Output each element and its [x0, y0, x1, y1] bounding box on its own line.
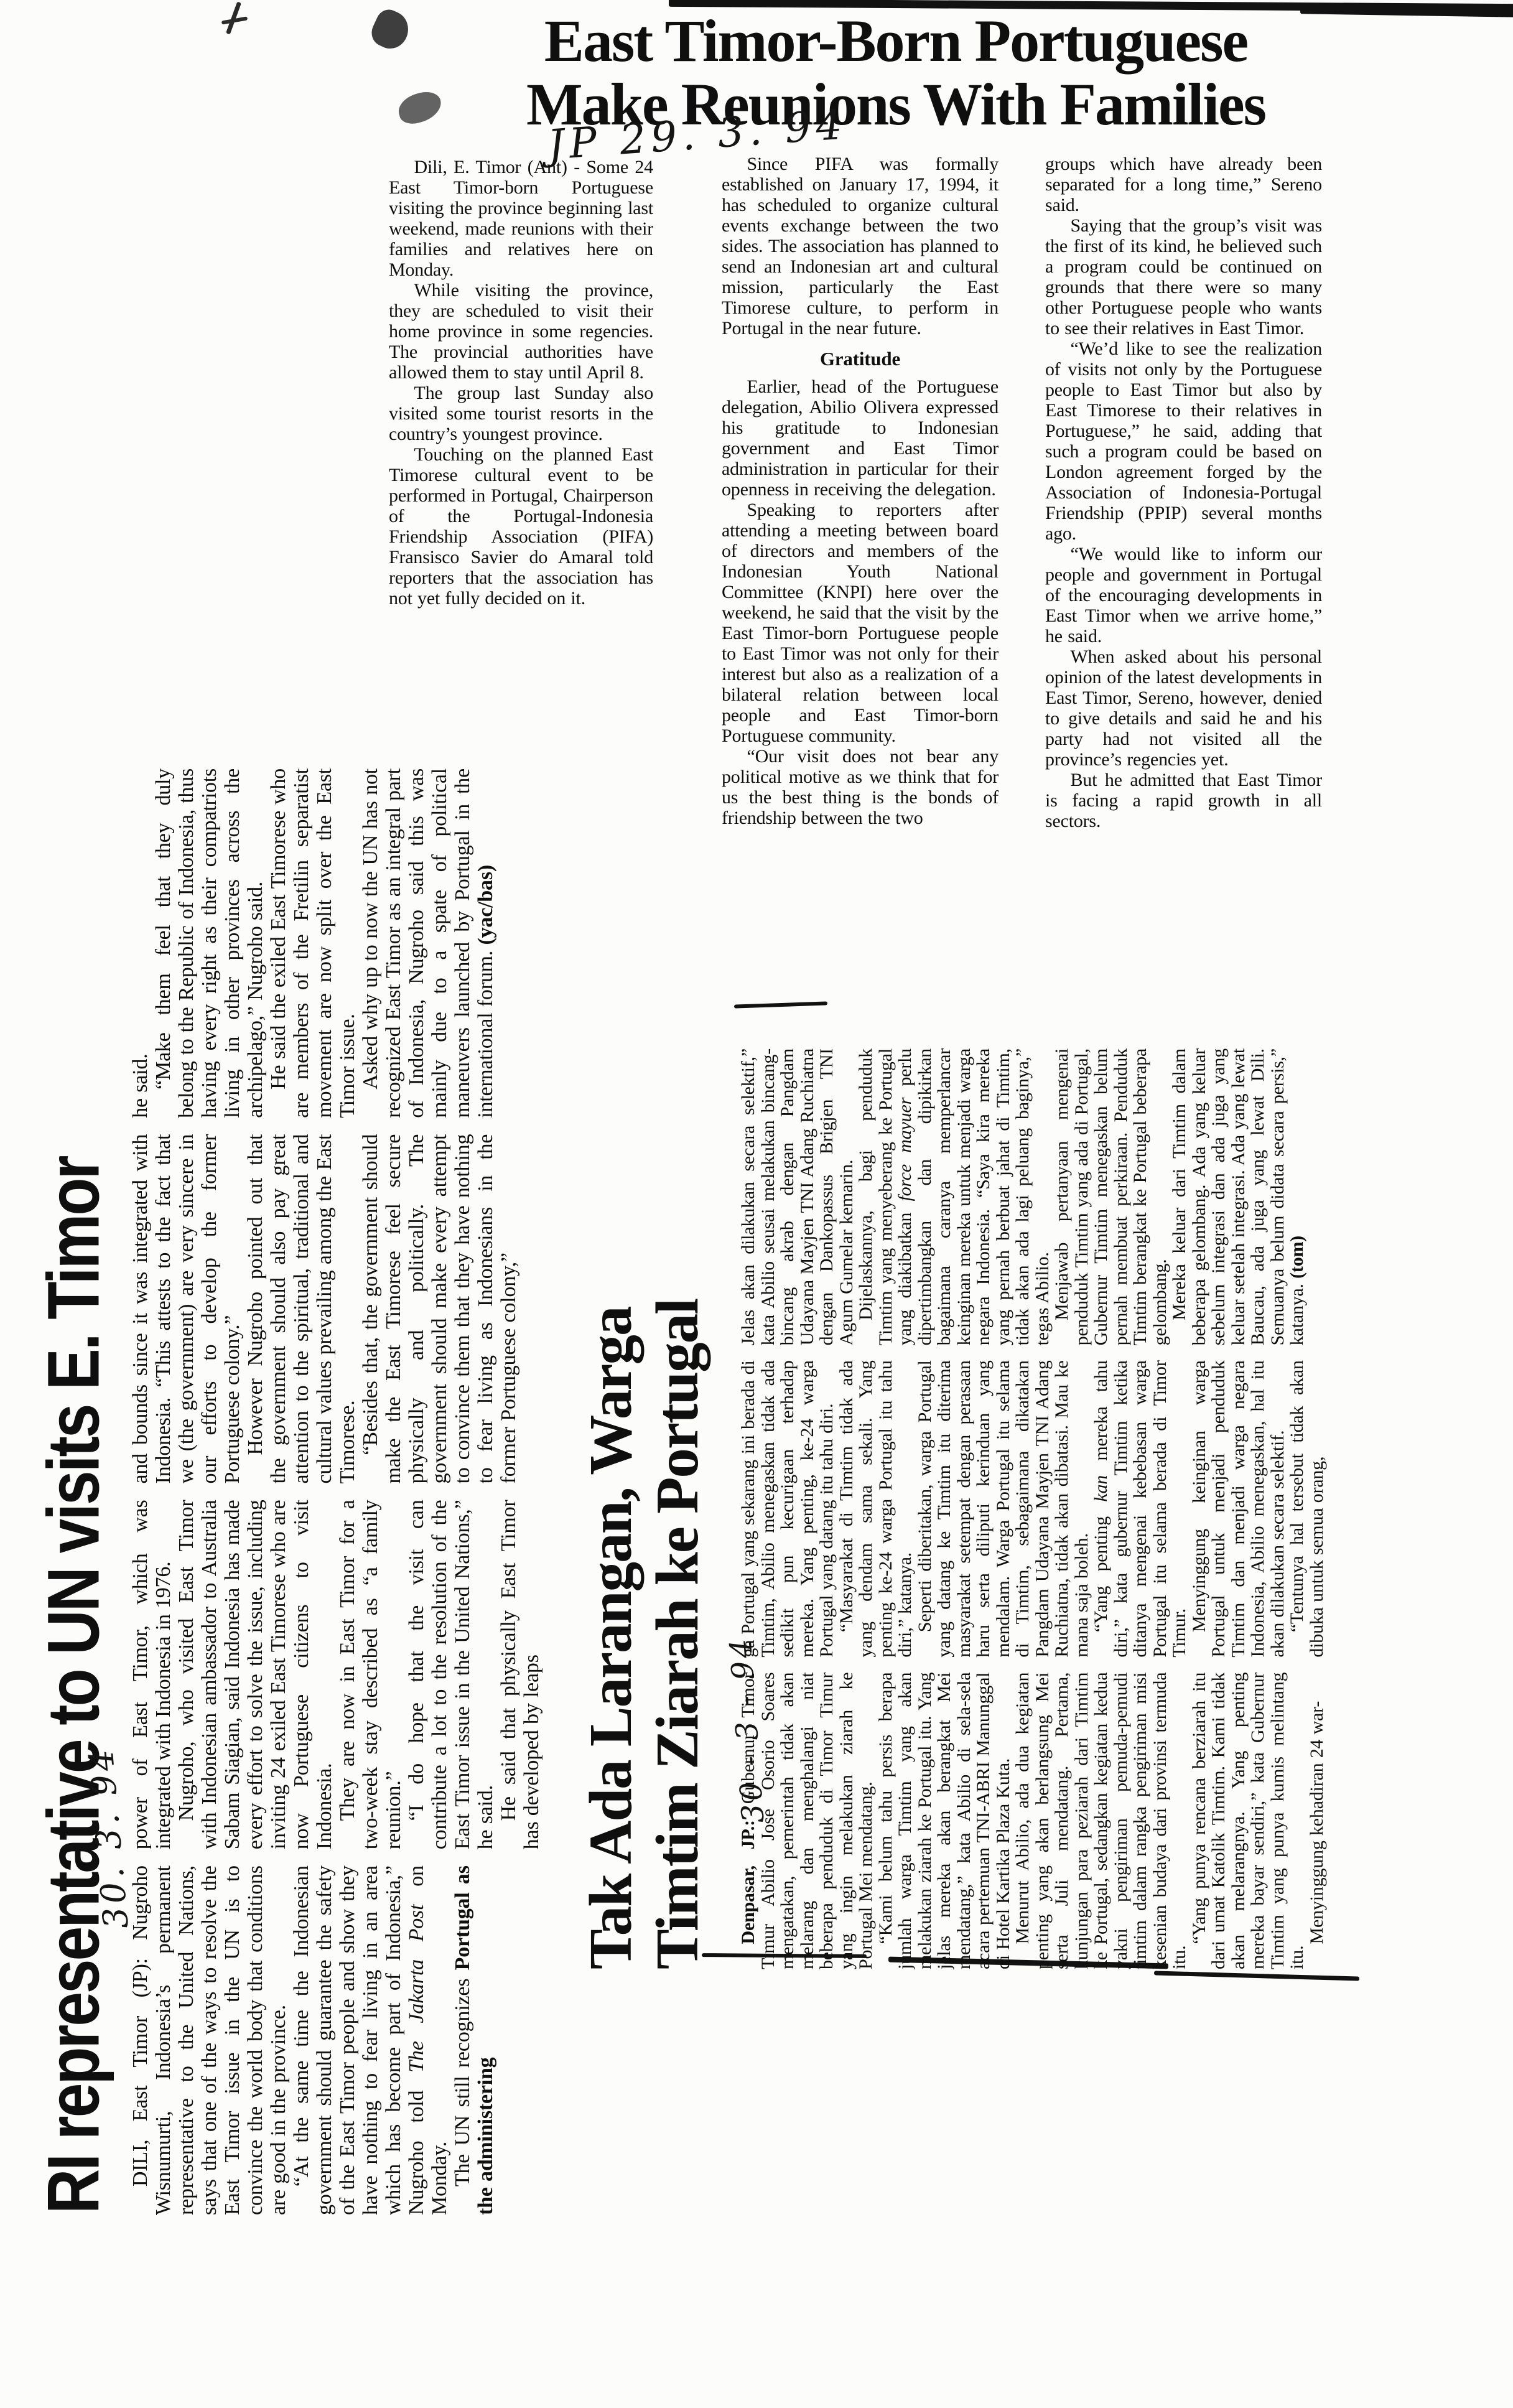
- paragraph: Menjawab pertanyaan mengenai penduduk Ti…: [1052, 1048, 1170, 1345]
- paragraph: “Yang punya rencana berziarah itu dari u…: [1189, 1673, 1307, 1969]
- paragraph: Seperti diberitakan, warga Portugal yang…: [915, 1360, 1092, 1657]
- paragraph: “Kami belum tahu persis berapa jumlah wa…: [876, 1673, 1013, 1969]
- paragraph: DILI, East Timor (JP): Nugroho Wisnumurt…: [129, 1865, 290, 2215]
- ziarah-headline-line1: Tak Ada Larangan, Warga: [578, 1042, 645, 1969]
- paragraph: Dili, E. Timor (Ant) - Some 24 East Timo…: [389, 157, 653, 280]
- paragraph: Dijelaskannya, bagi penduduk Timtim yang…: [856, 1048, 1052, 1345]
- newspaper-clippings-scan: East Timor-Born Portuguese Make Reunions…: [0, 0, 1513, 2408]
- reunions-headline-line2: Make Reunions With Families: [345, 75, 1446, 134]
- paragraph: “Yang penting kan mereka tahu diri,” kat…: [1091, 1360, 1189, 1657]
- paragraph: Denpasar, JP.: Gubernur Timor Timur Abil…: [738, 1673, 876, 1969]
- paragraph: ga Portugal yang sekarang ini berada di …: [738, 1360, 837, 1657]
- article-un-visit: RI representative to UN visits E. Timor …: [16, 762, 560, 2221]
- ziarah-headline-line2: Timtim Ziarah ke Portugal: [645, 1042, 711, 1969]
- paragraph: The group last Sunday also visited some …: [389, 383, 653, 444]
- reunions-column-3: groups which have already been separated…: [1045, 154, 1322, 1006]
- paragraph: “Masyarakat di Timtim tidak ada yang den…: [837, 1360, 915, 1657]
- paragraph: “We would like to inform our people and …: [1045, 544, 1322, 646]
- paragraph: Jelas akan dilakukan secara selektif,” k…: [738, 1048, 856, 1345]
- ziarah-column-2: ga Portugal yang sekarang ini berada di …: [738, 1360, 1398, 1657]
- paragraph: When asked about his personal opinion of…: [1045, 646, 1322, 770]
- paragraph: The UN still recognizes Portugal as the …: [451, 1865, 497, 2215]
- paragraph: Menyinggung kehadiran 24 war-: [1307, 1673, 1327, 1969]
- un-column-1: DILI, East Timor (JP): Nugroho Wisnumurt…: [129, 1865, 557, 2215]
- paragraph: “At the same time the Indonesian governm…: [290, 1865, 451, 2215]
- reunions-headline-line1: East Timor-Born Portuguese: [345, 11, 1446, 71]
- paragraph: They are now in East Timor for a two-wee…: [336, 1500, 405, 1850]
- paragraph: Earlier, head of the Portuguese delegati…: [722, 376, 999, 500]
- paragraph: “We’d like to see the realization of vis…: [1045, 338, 1322, 544]
- reunions-column-2-top: Since PIFA was formally established on J…: [722, 154, 999, 338]
- ziarah-column-1: Denpasar, JP.: Gubernur Timor Timur Abil…: [738, 1673, 1398, 1969]
- reunions-subhead: Gratitude: [722, 348, 999, 369]
- paragraph: power of East Timor, which was integrate…: [129, 1500, 175, 1850]
- paragraph: “Our visit does not bear any political m…: [722, 746, 999, 828]
- paragraph: Nugroho, who visited East Timor with Ind…: [175, 1500, 336, 1850]
- paragraph: “Make them feel that they duly belong to…: [152, 768, 267, 1118]
- paragraph: Mereka keluar dari Timtim dalam beberapa…: [1170, 1048, 1307, 1345]
- paragraph: Menyinggung keinginan warga Portugal unt…: [1189, 1360, 1288, 1657]
- paragraph: He said that physically East Timor has d…: [497, 1500, 543, 1850]
- paragraph: Saying that the group’s visit was the fi…: [1045, 215, 1322, 338]
- paragraph: and bounds since it was integrated with …: [129, 1134, 244, 1484]
- paragraph: Asked why up to now the UN has not recog…: [359, 768, 497, 1118]
- un-column-3: and bounds since it was integrated with …: [129, 1134, 557, 1484]
- paragraph: “Tentunya hal tersebut tidak akan dibuka…: [1287, 1360, 1326, 1657]
- paragraph: However Nugroho pointed out that the gov…: [244, 1134, 359, 1484]
- paragraph: Since PIFA was formally established on J…: [722, 154, 999, 338]
- reunions-column-2-bottom: Earlier, head of the Portuguese delegati…: [722, 376, 999, 828]
- reunions-column-1: Dili, E. Timor (Ant) - Some 24 East Timo…: [389, 157, 653, 717]
- un-column-4: he said.“Make them feel that they duly b…: [129, 768, 557, 1118]
- paragraph: groups which have already been separated…: [1045, 154, 1322, 215]
- un-column-2: power of East Timor, which was integrate…: [129, 1500, 557, 1850]
- article-ziarah: Tak Ada Larangan, Warga Timtim Ziarah ke…: [569, 1030, 1403, 1976]
- paragraph: He said the exiled East Timorese who are…: [267, 768, 359, 1118]
- paragraph: “Besides that, the government should mak…: [359, 1134, 520, 1484]
- paragraph: Speaking to reporters after attending a …: [722, 500, 999, 746]
- reunions-column-2: Since PIFA was formally established on J…: [722, 154, 999, 1006]
- paragraph: “I do hope that the visit can contribute…: [405, 1500, 497, 1850]
- paragraph: he said.: [129, 768, 152, 1118]
- paragraph: While visiting the province, they are sc…: [389, 280, 653, 383]
- paragraph: But he admitted that East Timor is facin…: [1045, 770, 1322, 831]
- ziarah-headline: Tak Ada Larangan, Warga Timtim Ziarah ke…: [578, 1042, 710, 1969]
- un-headline: RI representative to UN visits E. Timor: [32, 764, 116, 2214]
- paragraph: Menurut Abilio, ada dua kegiatan penting…: [1013, 1673, 1189, 1969]
- paragraph: Touching on the planned East Timorese cu…: [389, 444, 653, 609]
- ziarah-column-3: Jelas akan dilakukan secara selektif,” k…: [738, 1048, 1398, 1345]
